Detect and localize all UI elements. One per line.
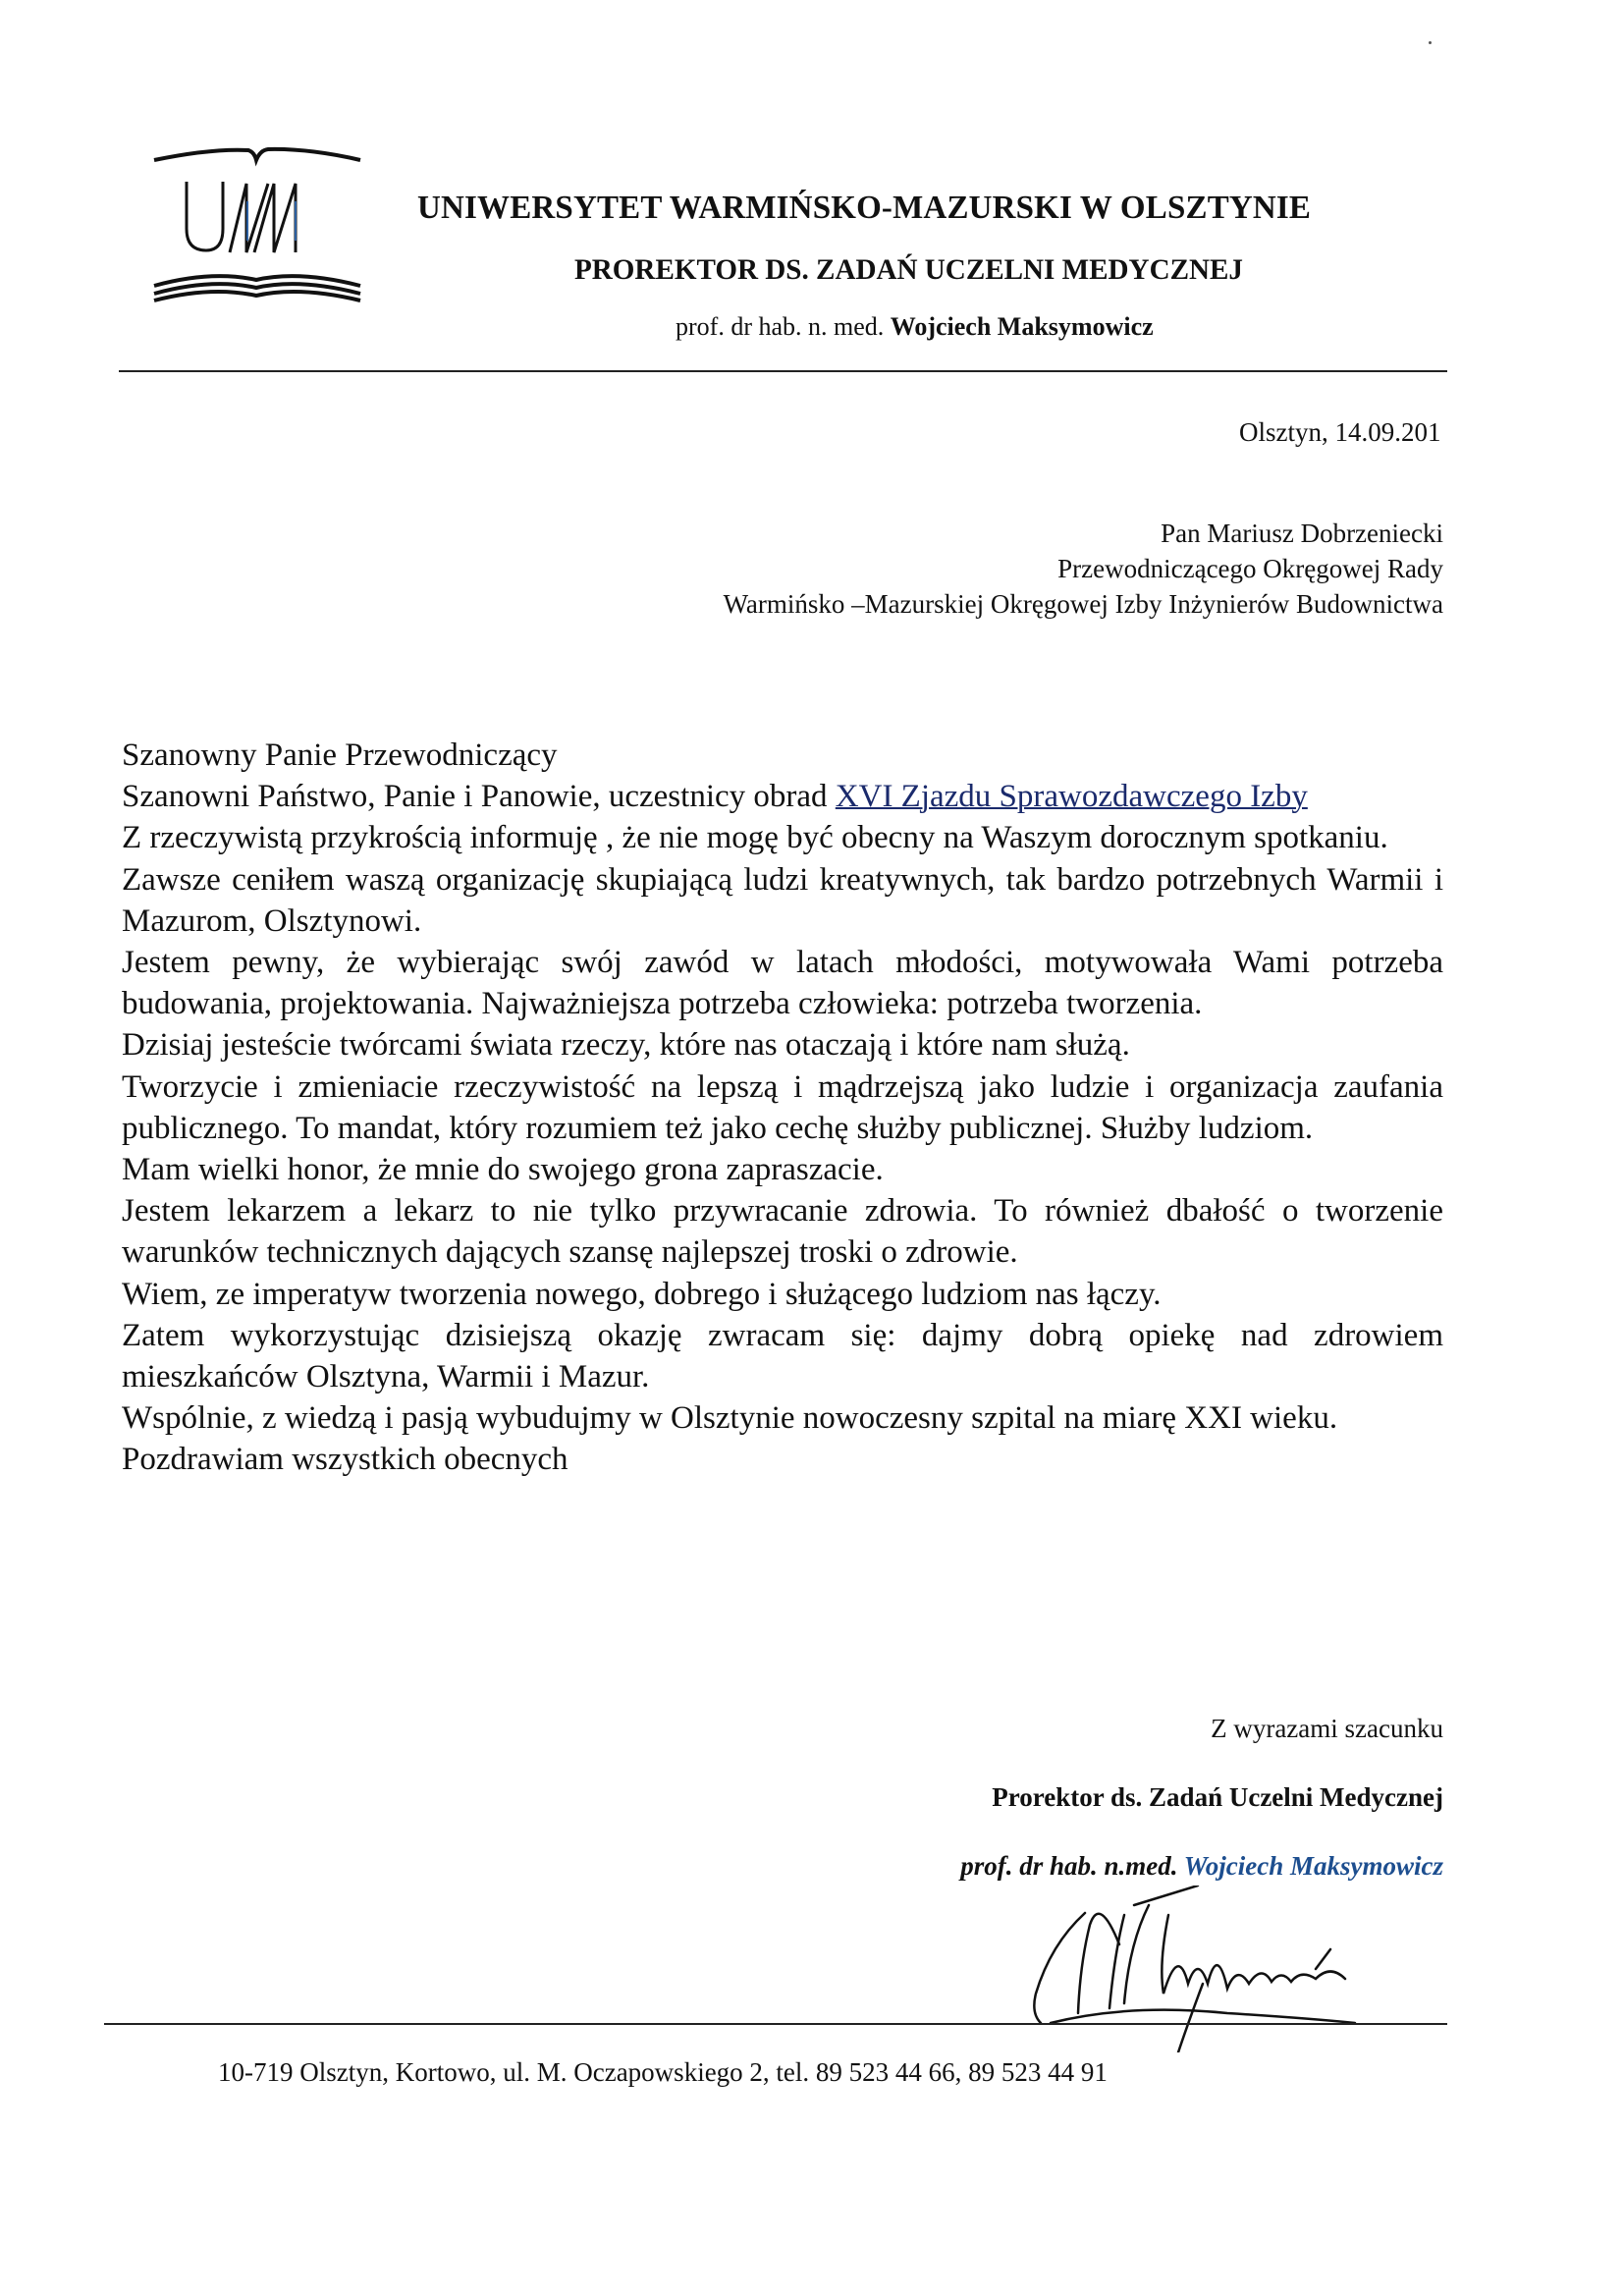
signatory-name: prof. dr hab. n.med. Wojciech Maksymowic… bbox=[960, 1851, 1443, 1882]
university-name: UNIWERSYTET WARMIŃSKO-MAZURSKI W OLSZTYN… bbox=[417, 190, 1408, 227]
recipient-title: Przewodniczącego Okręgowej Rady bbox=[724, 551, 1443, 586]
recipient-block: Pan Mariusz Dobrzeniecki Przewodnicząceg… bbox=[724, 516, 1443, 622]
address-line: Szanowni Państwo, Panie i Panowie, uczes… bbox=[122, 776, 1443, 817]
footer-divider bbox=[104, 2023, 1447, 2025]
header-person-prefix: prof. dr hab. n. med. bbox=[676, 312, 884, 341]
letter-body: Szanowny Panie Przewodniczący Szanowni P… bbox=[122, 735, 1443, 1481]
header-person: prof. dr hab. n. med. Wojciech Maksymowi… bbox=[676, 312, 1154, 342]
paragraph: Dzisiaj jesteście twórcami świata rzeczy… bbox=[122, 1024, 1443, 1066]
paragraph: Pozdrawiam wszystkich obecnych bbox=[122, 1439, 1443, 1480]
paragraph: Zatem wykorzystując dzisiejszą okazję zw… bbox=[122, 1315, 1443, 1397]
handwritten-signature-icon bbox=[992, 1886, 1404, 2052]
paragraph: Mam wielki honor, że mnie do swojego gro… bbox=[122, 1149, 1443, 1190]
greeting: Szanowny Panie Przewodniczący bbox=[122, 735, 1443, 776]
signatory-title: Prorektor ds. Zadań Uczelni Medycznej bbox=[992, 1782, 1443, 1813]
department-name: PROREKTOR DS. ZADAŃ UCZELNI MEDYCZNEJ bbox=[574, 253, 1243, 287]
closing-salutation: Z wyrazami szacunku bbox=[1211, 1714, 1443, 1744]
recipient-organization: Warmińsko –Mazurskiej Okręgowej Izby Inż… bbox=[724, 586, 1443, 622]
footer-address: 10-719 Olsztyn, Kortowo, ul. M. Oczapows… bbox=[218, 2057, 1108, 2088]
recipient-name: Pan Mariusz Dobrzeniecki bbox=[724, 516, 1443, 551]
signatory-name-prefix: prof. dr hab. n.med. bbox=[960, 1851, 1184, 1881]
scan-speck bbox=[1429, 41, 1432, 44]
letter-date: Olsztyn, 14.09.201 bbox=[1239, 417, 1441, 448]
paragraph: Wiem, ze imperatyw tworzenia nowego, dob… bbox=[122, 1274, 1443, 1315]
paragraph: Zawsze ceniłem waszą organizację skupiaj… bbox=[122, 859, 1443, 942]
header-divider bbox=[119, 370, 1447, 372]
paragraph: Z rzeczywistą przykrością informuję , że… bbox=[122, 817, 1443, 858]
congress-link[interactable]: XVI Zjazdu Sprawozdawczego Izby bbox=[836, 779, 1308, 814]
address-prefix: Szanowni Państwo, Panie i Panowie, uczes… bbox=[122, 779, 836, 814]
paragraph: Wspólnie, z wiedzą i pasją wybudujmy w O… bbox=[122, 1397, 1443, 1439]
header-person-name: Wojciech Maksymowicz bbox=[891, 312, 1154, 341]
signatory-name-text: Wojciech Maksymowicz bbox=[1184, 1851, 1443, 1881]
paragraph: Tworzycie i zmieniacie rzeczywistość na … bbox=[122, 1066, 1443, 1149]
paragraph: Jestem lekarzem a lekarz to nie tylko pr… bbox=[122, 1190, 1443, 1273]
uwm-book-logo-icon bbox=[152, 142, 363, 304]
paragraph: Jestem pewny, że wybierając swój zawód w… bbox=[122, 942, 1443, 1024]
